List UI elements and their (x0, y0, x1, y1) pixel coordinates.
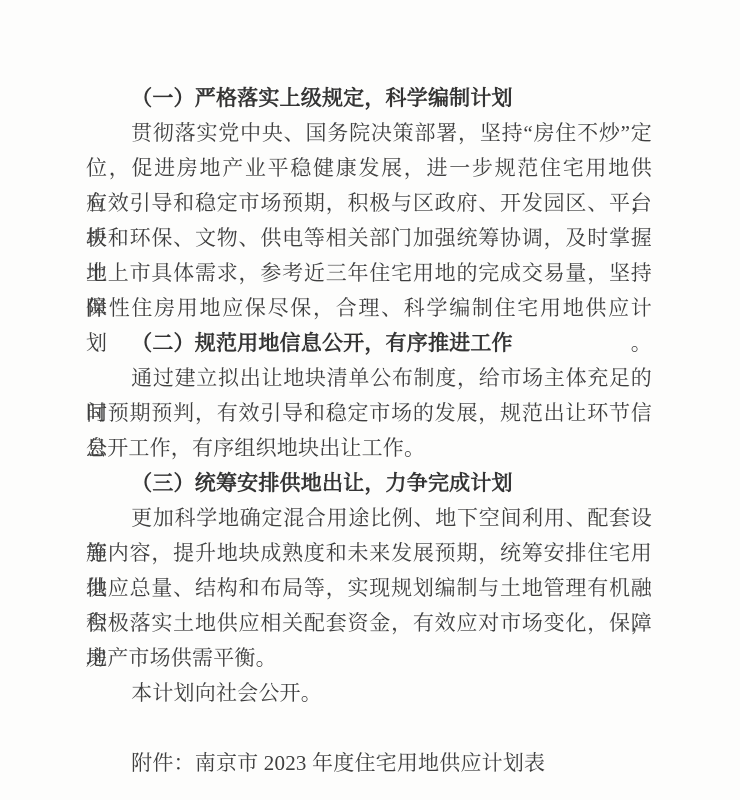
section-heading-1: （一）严格落实上级规定，科学编制计划 (86, 81, 652, 116)
text-line: 地上市具体需求，参考近三年住宅用地的完成交易量，坚持保 (86, 256, 652, 291)
text-line: 等内容，提升地块成熟度和未来发展预期，统筹安排住宅用地 (86, 536, 652, 571)
document-page: （一）严格落实上级规定，科学编制计划 贯彻落实党中央、国务院决策部署，坚持“房住… (0, 0, 740, 800)
text-line: 地产市场供需平衡。 (86, 641, 652, 676)
document-content: （一）严格落实上级规定，科学编制计划 贯彻落实党中央、国务院决策部署，坚持“房住… (86, 81, 652, 781)
text-line: 公开工作，有序组织地块出让工作。 (86, 431, 652, 466)
text-line: 位，促进房地产业平稳健康发展，进一步规范住宅用地供应， (86, 151, 652, 186)
section-heading-3: （三）统筹安排供地出让，力争完成计划 (86, 466, 652, 501)
text-line: 贯彻落实党中央、国务院决策部署，坚持“房住不炒”定 (86, 116, 652, 151)
text-line: 积极落实土地供应相关配套资金，有效应对市场变化，保障房 (86, 606, 652, 641)
text-line: 更加科学地确定混合用途比例、地下空间利用、配套设施 (86, 501, 652, 536)
text-line: 供应总量、结构和布局等，实现规划编制与土地管理有机融合， (86, 571, 652, 606)
text-line: 间预期预判，有效引导和稳定市场的发展，规范出让环节信息 (86, 396, 652, 431)
text-line: 本计划向社会公开。 (86, 676, 652, 711)
text-line: 障性住房用地应保尽保，合理、科学编制住宅用地供应计划。 (86, 291, 652, 326)
attachment-line: 附件：南京市 2023 年度住宅用地供应计划表 (86, 746, 652, 781)
text-line: 有效引导和稳定市场预期，积极与区政府、开发园区、平台板 (86, 186, 652, 221)
text-line: 块和环保、文物、供电等相关部门加强统筹协调，及时掌握土 (86, 221, 652, 256)
text-line: 通过建立拟出让地块清单公布制度，给市场主体充足的时 (86, 361, 652, 396)
